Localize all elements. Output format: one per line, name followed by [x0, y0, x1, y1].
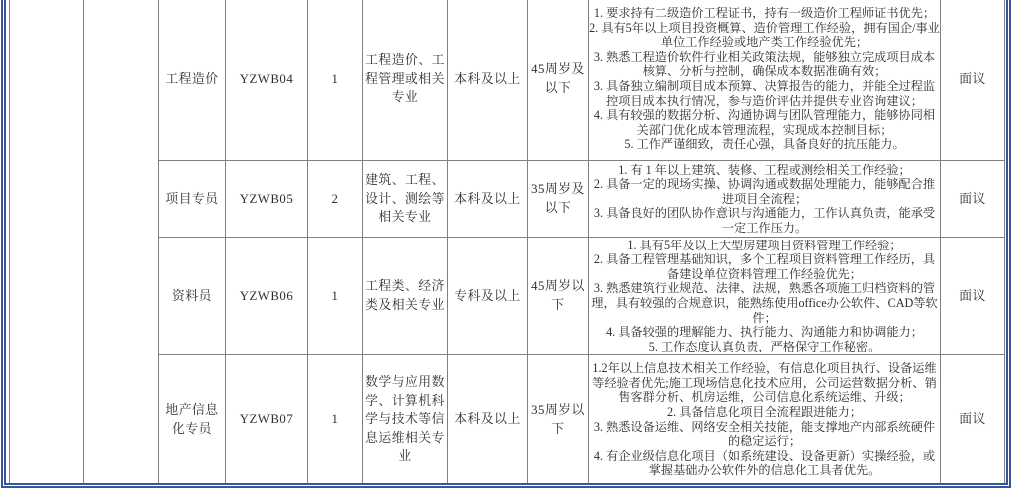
requirement-item: 2. 具备信息化项目全流程跟进能力； [589, 405, 940, 420]
major-cell: 工程造价、工程管理或相关专业 [363, 0, 448, 161]
job-title-cell: 资料员 [159, 238, 226, 355]
job-code-cell: YZWB04 [226, 0, 308, 161]
age-limit-cell: 35周岁及以下 [528, 161, 589, 238]
merged-empty-cell-2 [84, 0, 159, 485]
recruitment-table: 工程造价 YZWB04 1 工程造价、工程管理或相关专业 本科及以上 45周岁及… [9, 0, 1005, 485]
headcount-cell: 1 [308, 238, 363, 355]
requirement-item: 2. 具备一定的现场实操、协调沟通或数据处理能力，能够配合推进项目全流程； [589, 177, 940, 206]
job-code-cell: YZWB06 [226, 238, 308, 355]
education-cell: 专科及以上 [448, 238, 528, 355]
salary-cell: 面议 [941, 355, 1005, 485]
requirements-cell: 1.2年以上信息技术相关工作经验，有信息化项目执行、设备运维等经验者优先;施工现… [589, 355, 941, 485]
job-row-yzwb04: 工程造价 YZWB04 1 工程造价、工程管理或相关专业 本科及以上 45周岁及… [10, 0, 1005, 161]
merged-empty-cell-1 [10, 0, 84, 485]
requirement-item: 3. 具备独立编制项目成本预算、决算报告的能力，并能全过程监控项目成本执行情况，… [589, 79, 940, 108]
job-code-cell: YZWB07 [226, 355, 308, 485]
job-title-cell: 工程造价 [159, 0, 226, 161]
salary-cell: 面议 [941, 161, 1005, 238]
requirement-item: 1. 有 1 年以上建筑、装修、工程或测绘相关工作经验； [589, 163, 940, 177]
headcount-cell: 2 [308, 161, 363, 238]
requirements-cell: 1. 要求持有二级造价工程证书，持有一级造价工程师证书优先； 2. 具有5年以上… [589, 0, 941, 161]
requirement-item: 4. 具备较强的理解能力、执行能力、沟通能力和协调能力； [589, 325, 940, 340]
major-cell: 工程类、经济类及相关专业 [363, 238, 448, 355]
requirement-item: 1. 要求持有二级造价工程证书，持有一级造价工程师证书优先； [589, 6, 940, 21]
requirement-item: 3. 熟悉建筑行业规范、法律、法规，熟悉各项施工归档资料的管理，具有较强的合规意… [589, 281, 940, 325]
major-cell: 数学与应用数学、计算机科学与技术等信息运维相关专业 [363, 355, 448, 485]
requirement-item: 3. 熟悉工程造价软件行业相关政策法规，能够独立完成项目成本核算、分析与控制，确… [589, 50, 940, 79]
requirement-item: 3. 具备良好的团队协作意识与沟通能力，工作认真负责，能承受一定工作压力。 [589, 206, 940, 235]
job-row-yzwb06: 资料员 YZWB06 1 工程类、经济类及相关专业 专科及以上 45周岁以下 1… [10, 238, 1005, 355]
requirement-item: 4. 具有较强的数据分析、沟通协调与团队管理能力，能够协同相关部门优化成本管理流… [589, 108, 940, 137]
requirement-item: 1.2年以上信息技术相关工作经验，有信息化项目执行、设备运维等经验者优先;施工现… [589, 361, 940, 405]
headcount-cell: 1 [308, 355, 363, 485]
job-code-cell: YZWB05 [226, 161, 308, 238]
education-cell: 本科及以上 [448, 355, 528, 485]
requirement-item: 4. 有企业级信息化项目（如系统建设、设备更新）实操经验，或掌握基础办公软件外的… [589, 449, 940, 478]
age-limit-cell: 45周岁以下 [528, 238, 589, 355]
salary-cell: 面议 [941, 0, 1005, 161]
job-row-yzwb07: 地产信息化专员 YZWB07 1 数学与应用数学、计算机科学与技术等信息运维相关… [10, 355, 1005, 485]
job-title-cell: 地产信息化专员 [159, 355, 226, 485]
requirements-cell: 1. 具有5年及以上大型房建项目资料管理工作经验； 2. 具备工程管理基础知识，… [589, 238, 941, 355]
requirements-cell: 1. 有 1 年以上建筑、装修、工程或测绘相关工作经验； 2. 具备一定的现场实… [589, 161, 941, 238]
age-limit-cell: 35周岁以下 [528, 355, 589, 485]
requirement-item: 5. 工作态度认真负责，严格保守工作秘密。 [589, 340, 940, 352]
requirement-item: 2. 具有5年以上项目投资概算、造价管理工作经验，拥有国企/事业单位工作经验或地… [589, 21, 940, 50]
document-page: 工程造价 YZWB04 1 工程造价、工程管理或相关专业 本科及以上 45周岁及… [0, 0, 1013, 489]
education-cell: 本科及以上 [448, 0, 528, 161]
headcount-cell: 1 [308, 0, 363, 161]
job-title-cell: 项目专员 [159, 161, 226, 238]
requirement-item: 2. 具备工程管理基础知识，多个工程项目资料管理工作经历，具备建设单位资料管理工… [589, 252, 940, 281]
requirement-item: 5. 工作严谨细致，责任心强，具备良好的抗压能力。 [589, 137, 940, 152]
major-cell: 建筑、工程、设计、测绘等相关专业 [363, 161, 448, 238]
salary-cell: 面议 [941, 238, 1005, 355]
job-row-yzwb05: 项目专员 YZWB05 2 建筑、工程、设计、测绘等相关专业 本科及以上 35周… [10, 161, 1005, 238]
age-limit-cell: 45周岁及以下 [528, 0, 589, 161]
requirement-item: 3. 熟悉设备运维、网络安全相关技能，能支撑地产内部系统硬件的稳定运行； [589, 420, 940, 449]
requirement-item: 1. 具有5年及以上大型房建项目资料管理工作经验； [589, 240, 940, 252]
education-cell: 本科及以上 [448, 161, 528, 238]
